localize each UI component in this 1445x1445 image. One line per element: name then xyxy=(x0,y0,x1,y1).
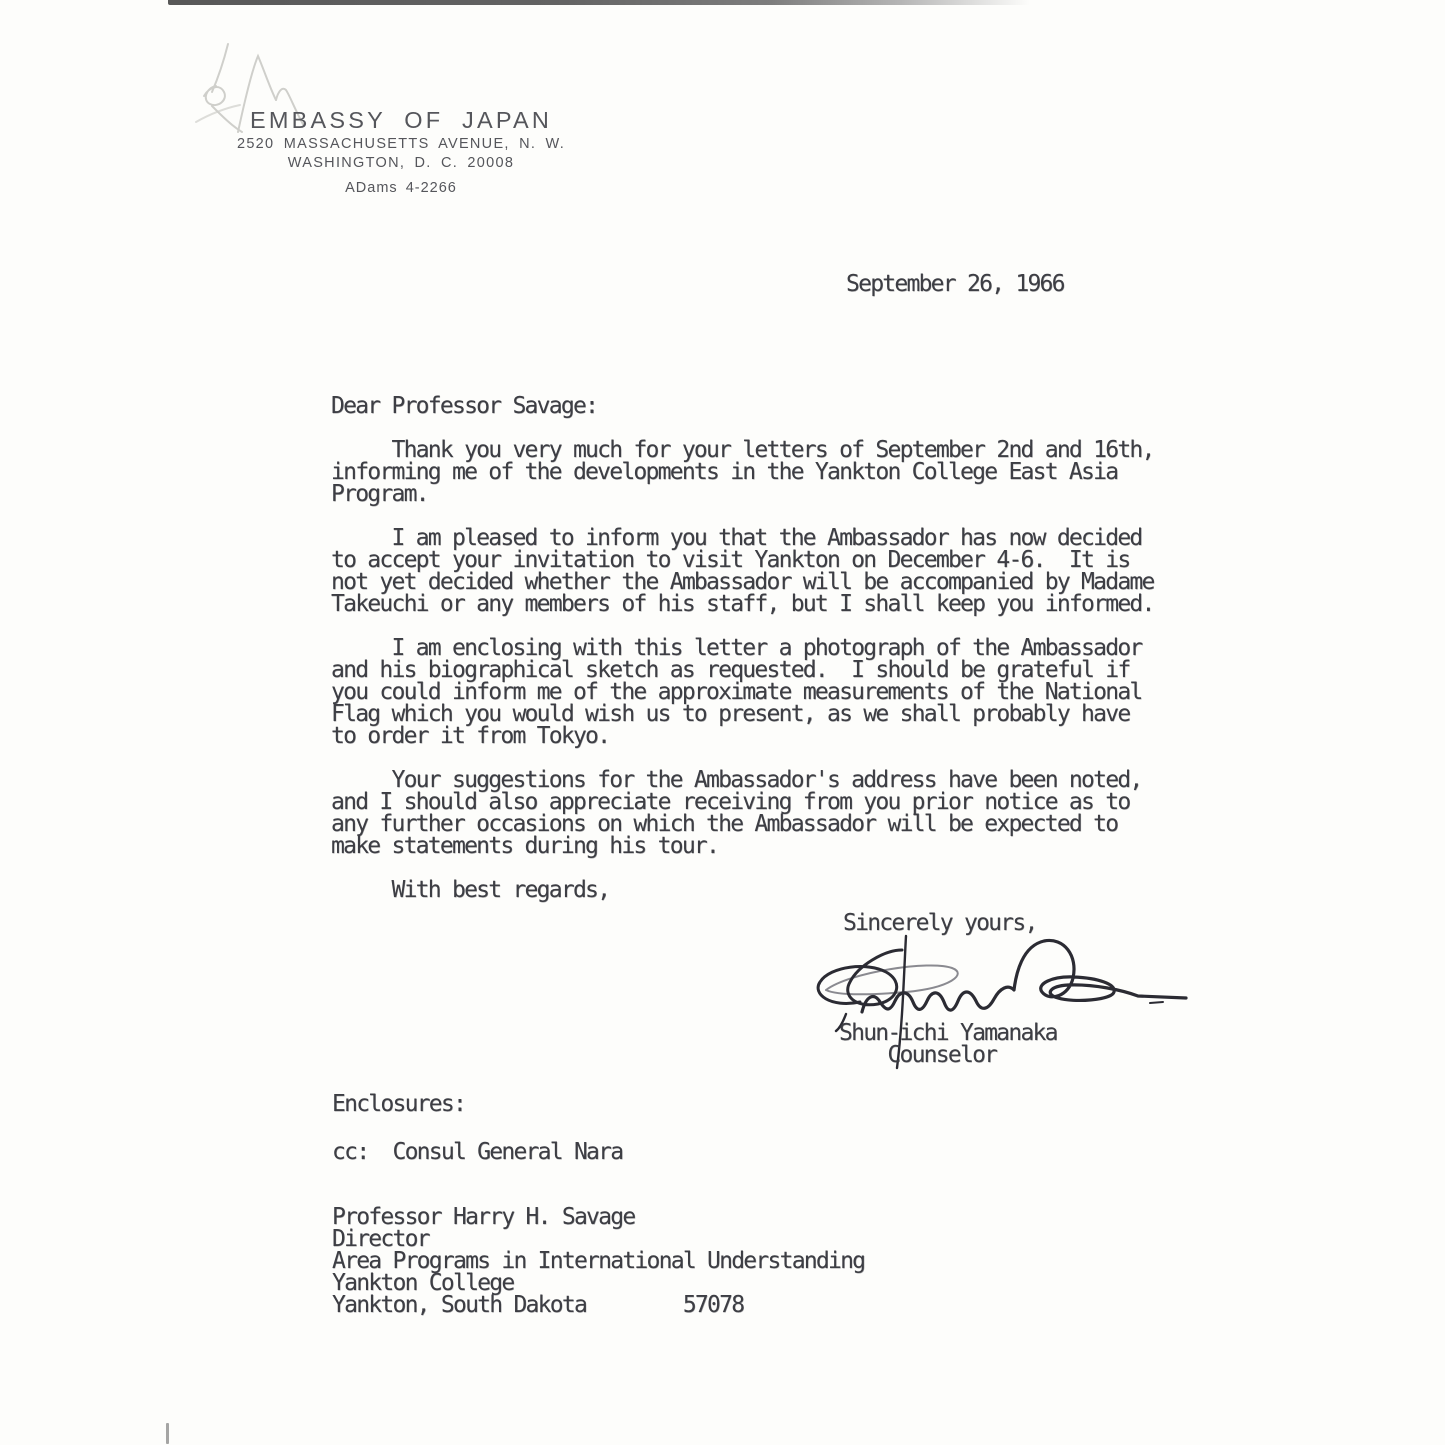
signer-name-title: Shun-ichi Yamanaka Counselor xyxy=(839,1022,1057,1066)
scan-corner-artifact xyxy=(166,1423,169,1444)
letterhead-embassy-name: EMBASSY OF JAPAN xyxy=(220,107,582,134)
scanned-letter-page: EMBASSY OF JAPAN 2520 MASSACHUSETTS AVEN… xyxy=(0,0,1445,1445)
cc-line: cc: Consul General Nara xyxy=(332,1141,622,1163)
letterhead-city-address: WASHINGTON, D. C. 20008 xyxy=(220,155,582,171)
letterhead-phone: ADams 4-2266 xyxy=(220,180,582,196)
enclosures-line: Enclosures: xyxy=(332,1093,465,1115)
letter-body: Dear Professor Savage: Thank you very mu… xyxy=(331,395,1154,901)
letterhead-street-address: 2520 MASSACHUSETTS AVENUE, N. W. xyxy=(220,136,582,152)
recipient-address-block: Professor Harry H. Savage Director Area … xyxy=(332,1206,864,1316)
scan-edge-artifact xyxy=(168,0,1030,5)
letter-date: September 26, 1966 xyxy=(846,273,1064,295)
